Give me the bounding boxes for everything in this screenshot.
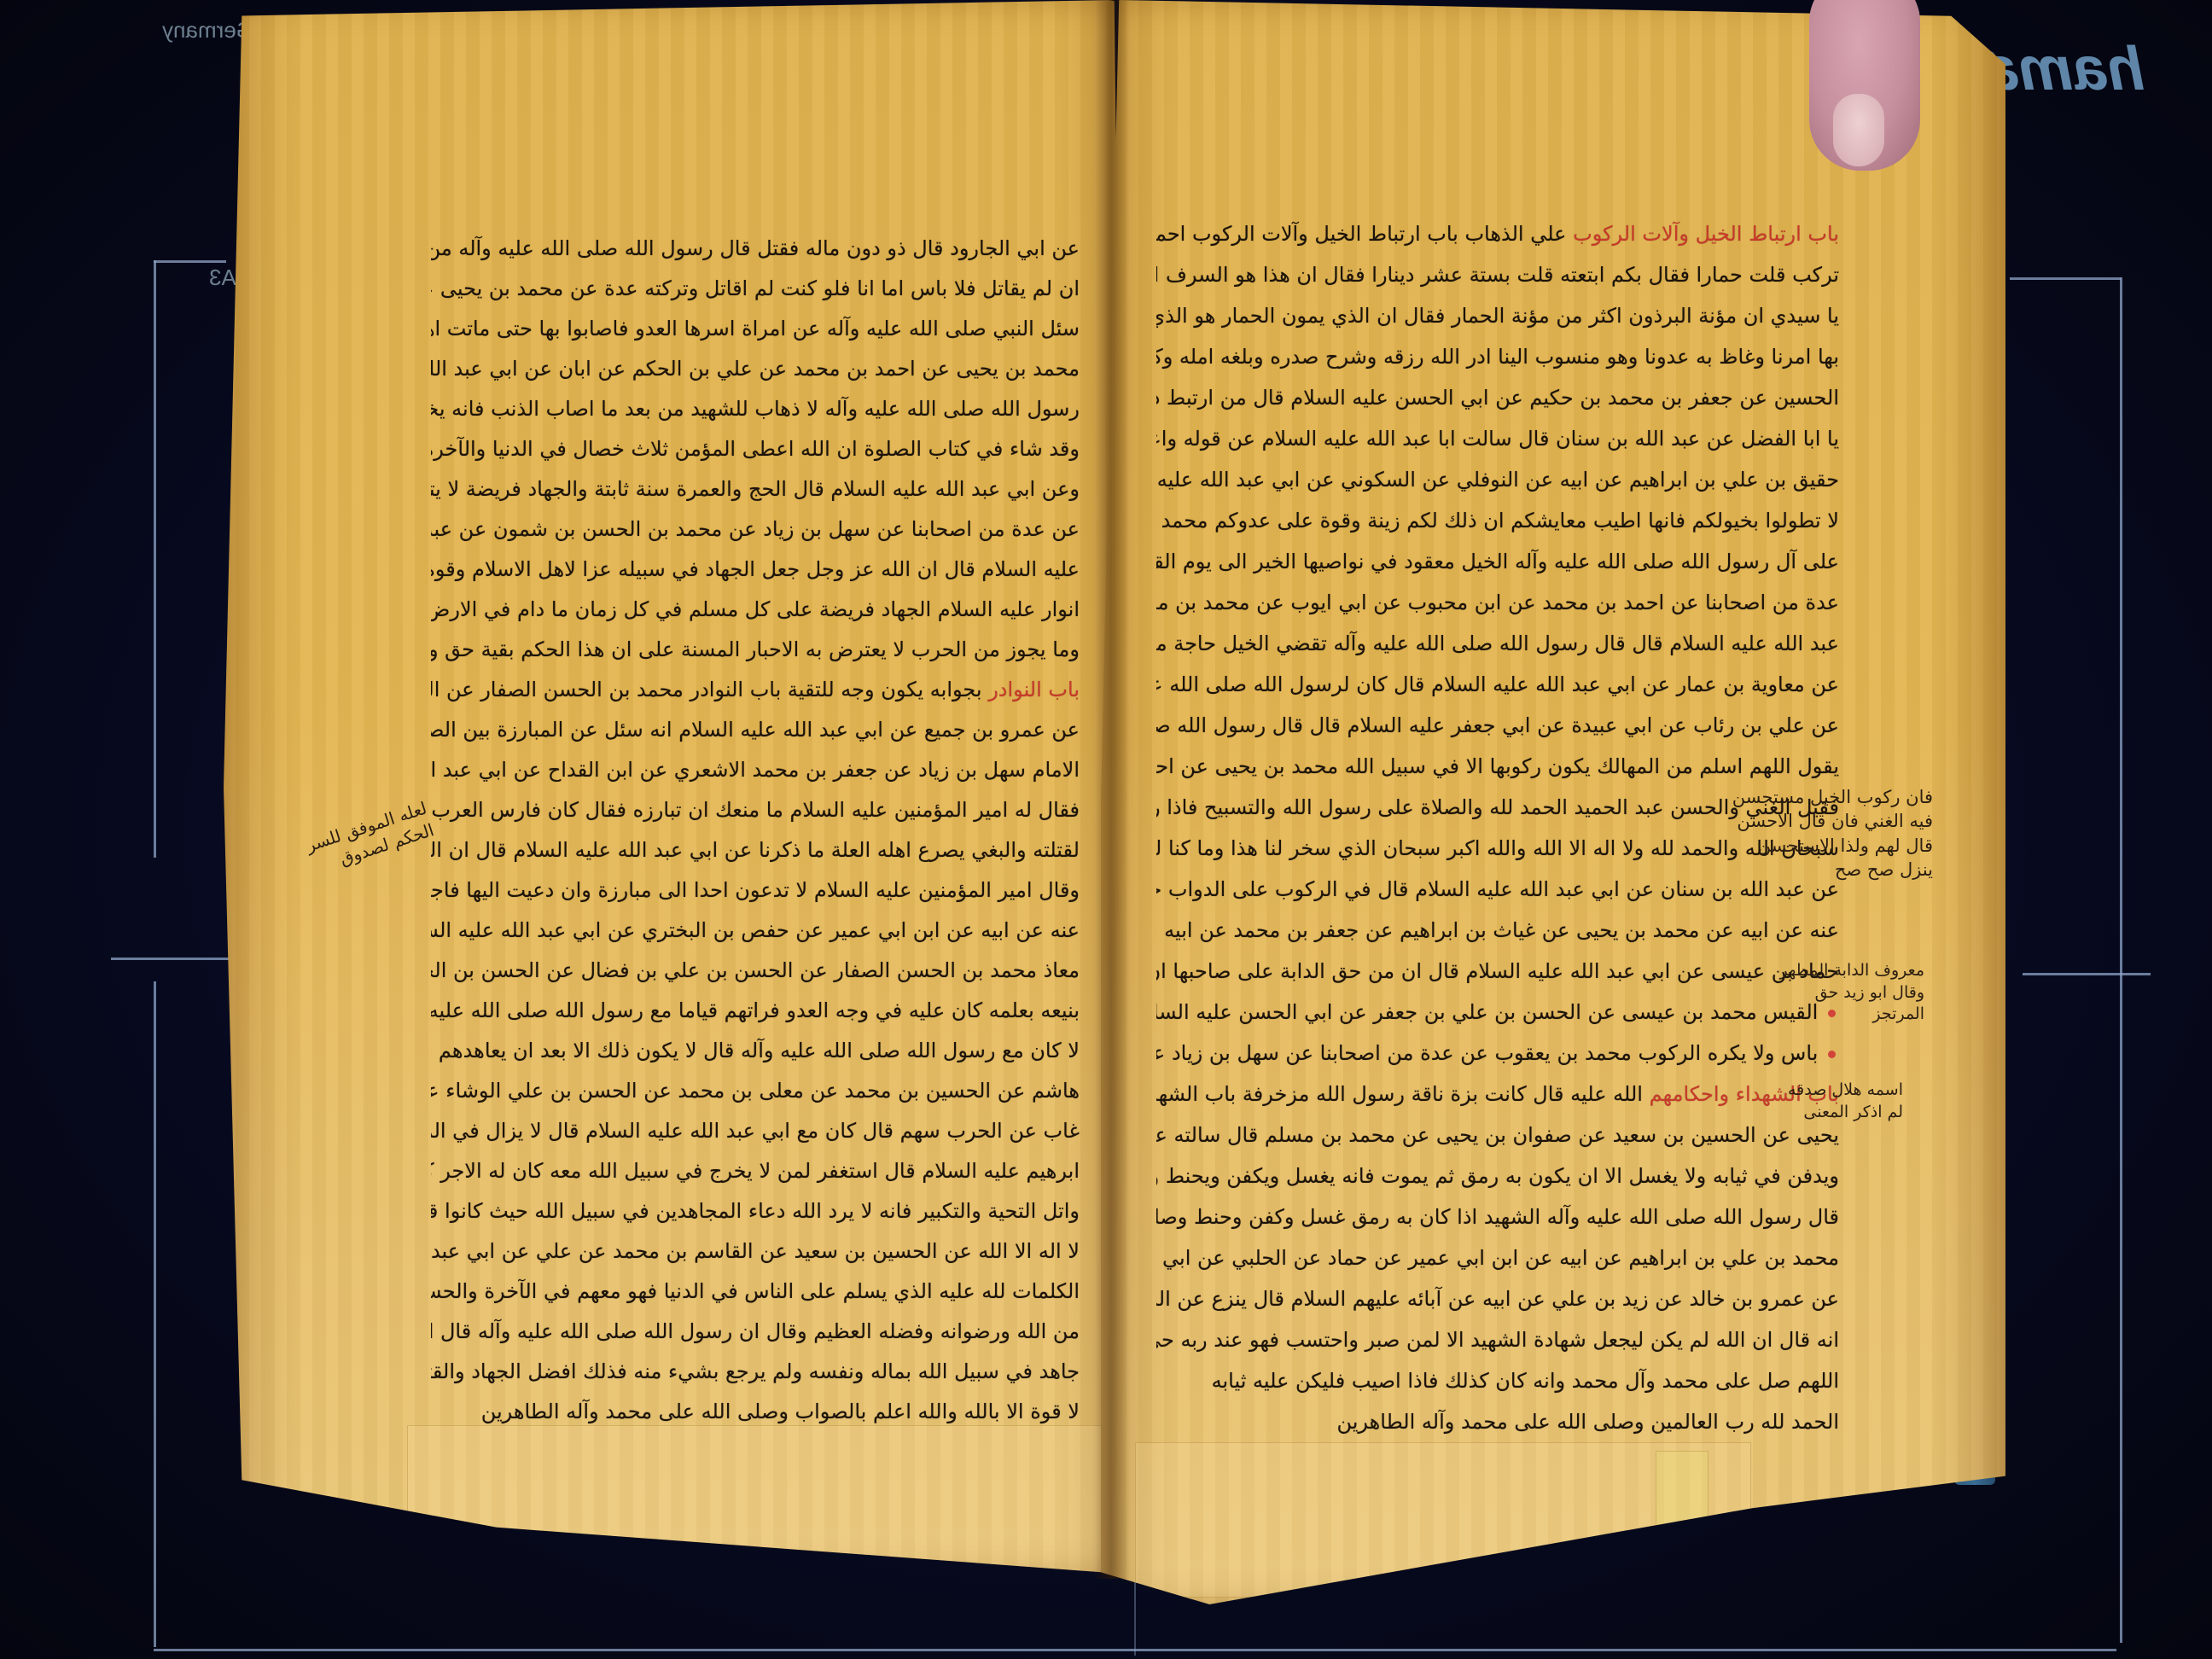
fingernail xyxy=(1833,94,1884,166)
margin-note-line: معروف الدابة المطهر xyxy=(1796,960,1924,982)
mat-size-mark: A3 xyxy=(209,265,236,291)
text-line: يحيى عن الحسين بن سعيد عن صفوان بن يحيى … xyxy=(1156,1115,1839,1155)
text-line: باس ولا يكره الركوب محمد بن يعقوب عن عدة… xyxy=(1156,1033,1839,1074)
text-line: يقول اللهم اسلم من المهالك يكون ركوبها ا… xyxy=(1156,746,1839,787)
text-line: عليه السلام قال ان الله عز وجل جعل الجها… xyxy=(431,550,1080,590)
text-line-with-rubric: باب الشهداء واحكامهم الله عليه قال كانت … xyxy=(1156,1074,1839,1115)
mat-grid-line xyxy=(2023,973,2151,975)
margin-note-line: لم اذكر المعنى xyxy=(1792,1102,1903,1124)
text-line: لا اله الا الله عن الحسين بن سعيد عن الق… xyxy=(431,1231,1080,1272)
text-line: عنه عن ابيه عن محمد بن يحيى عن غياث بن ا… xyxy=(1156,910,1839,951)
margin-note-line: فيه الغني فان قال الاحسن xyxy=(1762,809,1933,833)
mat-grid-line xyxy=(111,958,230,960)
margin-note-line: وقال ابو زيد حق xyxy=(1796,982,1924,1004)
text-line: وقال امير المؤمنين عليه السلام لا تدعون … xyxy=(431,870,1080,911)
text-line: عن عبد الله بن سنان عن ابي عبد الله عليه… xyxy=(1156,869,1839,910)
margin-note-line: قال لهم ولذا الاستحسن xyxy=(1762,834,1933,858)
mat-grid-line xyxy=(1134,1579,1136,1656)
text-line: هاشم عن الحسين بن محمد عن معلى بن محمد ع… xyxy=(431,1071,1080,1111)
left-page-text: عن ابي الجارود قال ذو دون ماله فقتل قال … xyxy=(431,229,1080,1432)
text-line: تركب قلت حمارا فقال بكم ابتعته قلت بستة … xyxy=(1156,254,1839,295)
text-line: الحمد لله رب العالمين وصلى الله على محمد… xyxy=(1156,1401,1839,1442)
text-line: انوار عليه السلام الجهاد فريضة على كل مس… xyxy=(431,590,1080,630)
mat-grid-line xyxy=(154,260,226,263)
text-line: ان لم يقاتل فلا باس اما انا فلو كنت لم ا… xyxy=(431,269,1080,309)
right-margin-note: اسمه هلال صدقه لم اذكر المعنى xyxy=(1792,1080,1903,1123)
book-spine-gutter xyxy=(1092,0,1130,1579)
text-line: عن عمرو بن خالد عن زيد بن علي عن ابيه عن… xyxy=(1156,1278,1839,1319)
text-line: عن عدة من اصحابنا عن سهل بن زياد عن محمد… xyxy=(431,509,1080,550)
text-line: الامام سهل بن زياد عن جعفر بن محمد الاشع… xyxy=(431,750,1080,790)
margin-note-line: اسمه هلال صدقه xyxy=(1792,1080,1903,1102)
mat-grid-line xyxy=(2120,277,2122,1643)
text-line: سبحان الله والحمد لله ولا اله الا الله و… xyxy=(1156,828,1839,869)
mat-grid-line xyxy=(2010,277,2121,280)
text-line: على آل رسول الله صلى الله عليه وآله الخي… xyxy=(1156,541,1839,582)
text-line: قال رسول الله صلى الله عليه وآله الشهيد … xyxy=(1156,1196,1839,1237)
text-line: سئل النبي صلى الله عليه وآله عن امراة اس… xyxy=(431,309,1080,349)
text-line: محمد بن علي بن ابراهيم عن ابيه عن ابن اب… xyxy=(1156,1237,1839,1278)
mat-brand-text: hama xyxy=(1984,34,2145,104)
text-line: بها امرنا وغاظ به عدونا وهو منسوب الينا … xyxy=(1156,336,1839,377)
text-line-with-rubric: باب ارتباط الخيل وآلات الركوب علي الذهاب… xyxy=(1156,213,1839,254)
text-line: وقد شاء في كتاب الصلوة ان الله اعطى المؤ… xyxy=(431,429,1080,469)
margin-note-line: ينزل صح صح xyxy=(1762,858,1933,882)
text-line: جاهد في سبيل الله بماله ونفسه ولم يرجع ب… xyxy=(431,1352,1080,1392)
text-line: فقال له امير المؤمنين عليه السلام ما منع… xyxy=(431,790,1080,830)
mat-grid-line xyxy=(154,981,156,1647)
right-margin-note: فان ركوب الخيل مستحسن فيه الغني فان قال … xyxy=(1762,785,1933,882)
text-line: القيس محمد بن عيسى عن الحسن بن علي بن جع… xyxy=(1156,1000,1818,1024)
text-line: عن معاوية بن عمار عن ابي عبد الله عليه ا… xyxy=(1156,664,1839,705)
text-line: بنيعه بعلمه كان عليه في وجه العدو فراتهم… xyxy=(431,991,1080,1031)
text-line: لا تطولوا بخيولكم فانها اطيب معايشكم ان … xyxy=(1156,500,1839,541)
text-line: الكلمات لله عليه الذي يسلم على الناس في … xyxy=(431,1272,1080,1312)
right-margin-note: معروف الدابة المطهر وقال ابو زيد حق المر… xyxy=(1796,960,1924,1026)
text-line: معاذ محمد بن الحسن الصفار عن الحسن بن عل… xyxy=(431,951,1080,991)
text-line: عبد الله عليه السلام قال قال رسول الله ص… xyxy=(1156,623,1839,664)
mat-country-text: Germany xyxy=(162,17,253,44)
text-line: الله عليه قال كانت بزة ناقة رسول الله مز… xyxy=(1156,1082,1643,1106)
text-line: حقيق بن علي بن ابراهيم عن ابيه عن النوفل… xyxy=(1156,459,1839,500)
text-line: من الله ورضوانه وفضله العظيم وقال ان رسو… xyxy=(431,1312,1080,1352)
text-line: عن ابي الجارود قال ذو دون ماله فقتل قال … xyxy=(431,229,1080,269)
text-line: رسول الله صلى الله عليه وآله لا ذهاب للش… xyxy=(431,389,1080,429)
rubric-heading: باب ارتباط الخيل وآلات الركوب xyxy=(1573,222,1839,246)
text-line: واتل التحية والتكبير فانه لا يرد الله دع… xyxy=(431,1191,1080,1231)
rubric-heading: باب النوادر xyxy=(988,678,1080,701)
text-line: محمد بن يحيى عن احمد بن محمد عن علي بن ا… xyxy=(431,349,1080,389)
text-line: غاب عن الحرب سهم قال كان مع ابي عبد الله… xyxy=(431,1111,1080,1151)
margin-note-line: فان ركوب الخيل مستحسن xyxy=(1762,785,1933,809)
text-line: وعن ابي عبد الله عليه السلام قال الحج وا… xyxy=(431,469,1080,509)
text-line: الحسين عن جعفر بن محمد بن حكيم عن ابي ال… xyxy=(1156,377,1839,418)
text-line: عدة من اصحابنا عن احمد بن محمد عن ابن مح… xyxy=(1156,582,1839,623)
text-line: يا ابا الفضل عن عبد الله بن سنان قال سال… xyxy=(1156,418,1839,459)
red-verse-marker-icon xyxy=(1828,1051,1836,1058)
text-line: لقتلته والبغي يصرع اهله العلة ما ذكرنا ع… xyxy=(431,830,1080,870)
text-line-with-rubric: باب النوادر بجوابه يكون وجه للتقية باب ا… xyxy=(431,670,1080,710)
text-line: ويدفن في ثيابه ولا يغسل الا ان يكون به ر… xyxy=(1156,1155,1839,1196)
text-line: عن عمرو بن جميع عن ابي عبد الله عليه الس… xyxy=(431,710,1080,750)
text-line: القيس محمد بن عيسى عن الحسن بن علي بن جع… xyxy=(1156,992,1839,1033)
text-line: عنه عن ابيه عن ابن ابي عمير عن حفص بن ال… xyxy=(431,911,1080,951)
text-line: اللهم صل على محمد وآل محمد وانه كان كذلك… xyxy=(1156,1360,1839,1401)
text-line: لا كان مع رسول الله صلى الله عليه وآله ق… xyxy=(431,1031,1080,1071)
text-line: باس ولا يكره الركوب محمد بن يعقوب عن عدة… xyxy=(1156,1041,1818,1065)
text-line: بجوابه يكون وجه للتقية باب النوادر محمد … xyxy=(431,678,982,701)
text-line: يا سيدي ان مؤنة البرذون اكثر من مؤنة الح… xyxy=(1156,295,1839,336)
text-line: لا قوة الا بالله والله اعلم بالصواب وصلى… xyxy=(431,1392,1080,1432)
text-line: عن علي بن رئاب عن ابي عبيدة عن ابي جعفر … xyxy=(1156,705,1839,746)
text-line: انه قال ان الله لم يكن ليجعل شهادة الشهي… xyxy=(1156,1319,1839,1360)
text-line: حماد بن عيسى عن ابي عبد الله عليه السلام… xyxy=(1156,951,1839,992)
margin-note-line: المرتجز xyxy=(1796,1004,1924,1026)
text-line: علي الذهاب باب ارتباط الخيل وآلات الركوب… xyxy=(1156,222,1567,246)
text-line: وما يجوز من الحرب لا يعترض به الاحبار ال… xyxy=(431,630,1080,670)
mat-grid-line xyxy=(154,260,156,858)
text-line: ابرهيم عليه السلام قال استغفر لمن لا يخر… xyxy=(431,1151,1080,1191)
